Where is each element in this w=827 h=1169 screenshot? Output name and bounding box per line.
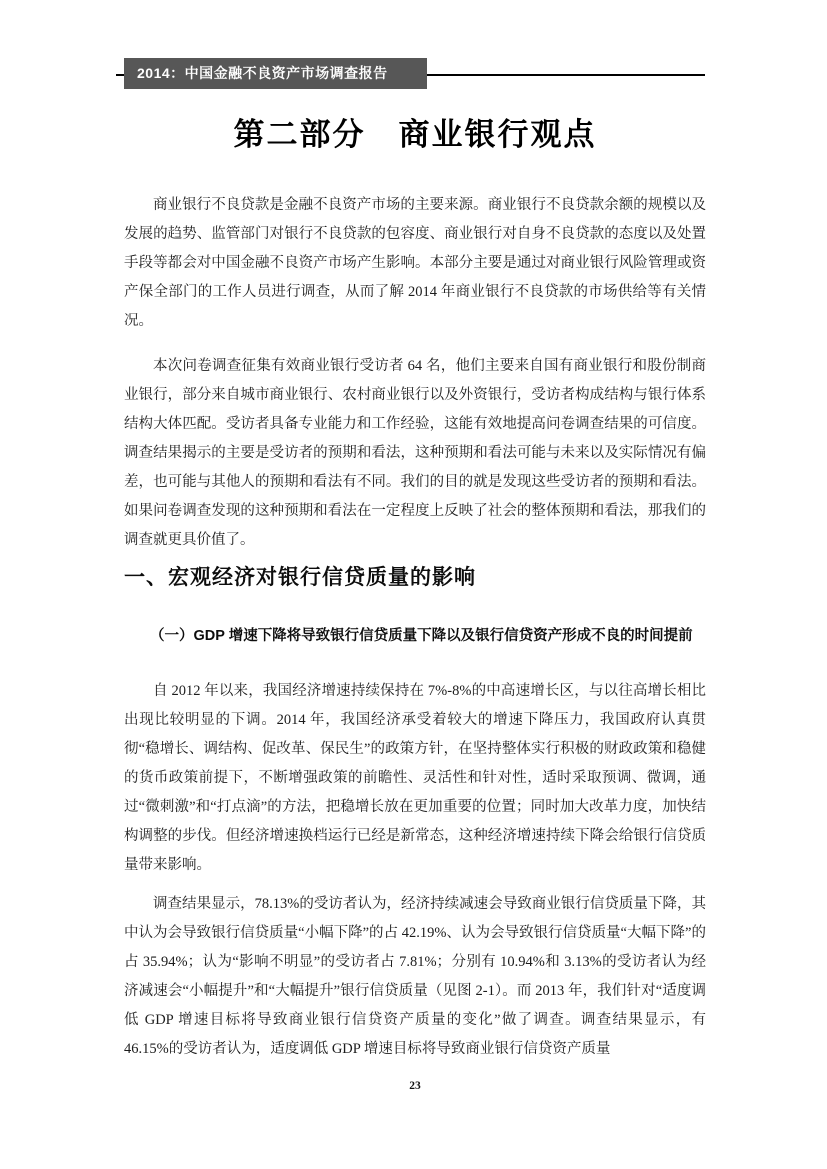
document-page: 2014：中国金融不良资产市场调查报告 第二部分 商业银行观点 商业银行不良贷款… [0, 0, 827, 1169]
section-heading: 一、宏观经济对银行信贷质量的影响 [124, 563, 706, 593]
page-number: 23 [124, 1080, 706, 1092]
header-rule-line [427, 74, 705, 76]
intro-paragraph-2: 本次问卷调查征集有效商业银行受访者 64 名，他们主要来自国有商业银行和股份制商… [124, 352, 706, 555]
report-title-badge: 2014：中国金融不良资产市场调查报告 [124, 58, 427, 89]
section-subheading: （一）GDP 增速下降将导致银行信贷质量下降以及银行信贷资产形成不良的时间提前 [124, 625, 706, 647]
section-paragraph-2: 调查结果显示，78.13%的受访者认为，经济持续减速会导致商业银行信贷质量下降，… [124, 890, 706, 1064]
intro-paragraph-1: 商业银行不良贷款是金融不良资产市场的主要来源。商业银行不良贷款余额的规模以及发展… [124, 191, 706, 336]
page-title: 第二部分 商业银行观点 [124, 110, 706, 160]
section-paragraph-1: 自 2012 年以来，我国经济增速持续保持在 7%-8%的中高速增长区，与以往高… [124, 677, 706, 880]
